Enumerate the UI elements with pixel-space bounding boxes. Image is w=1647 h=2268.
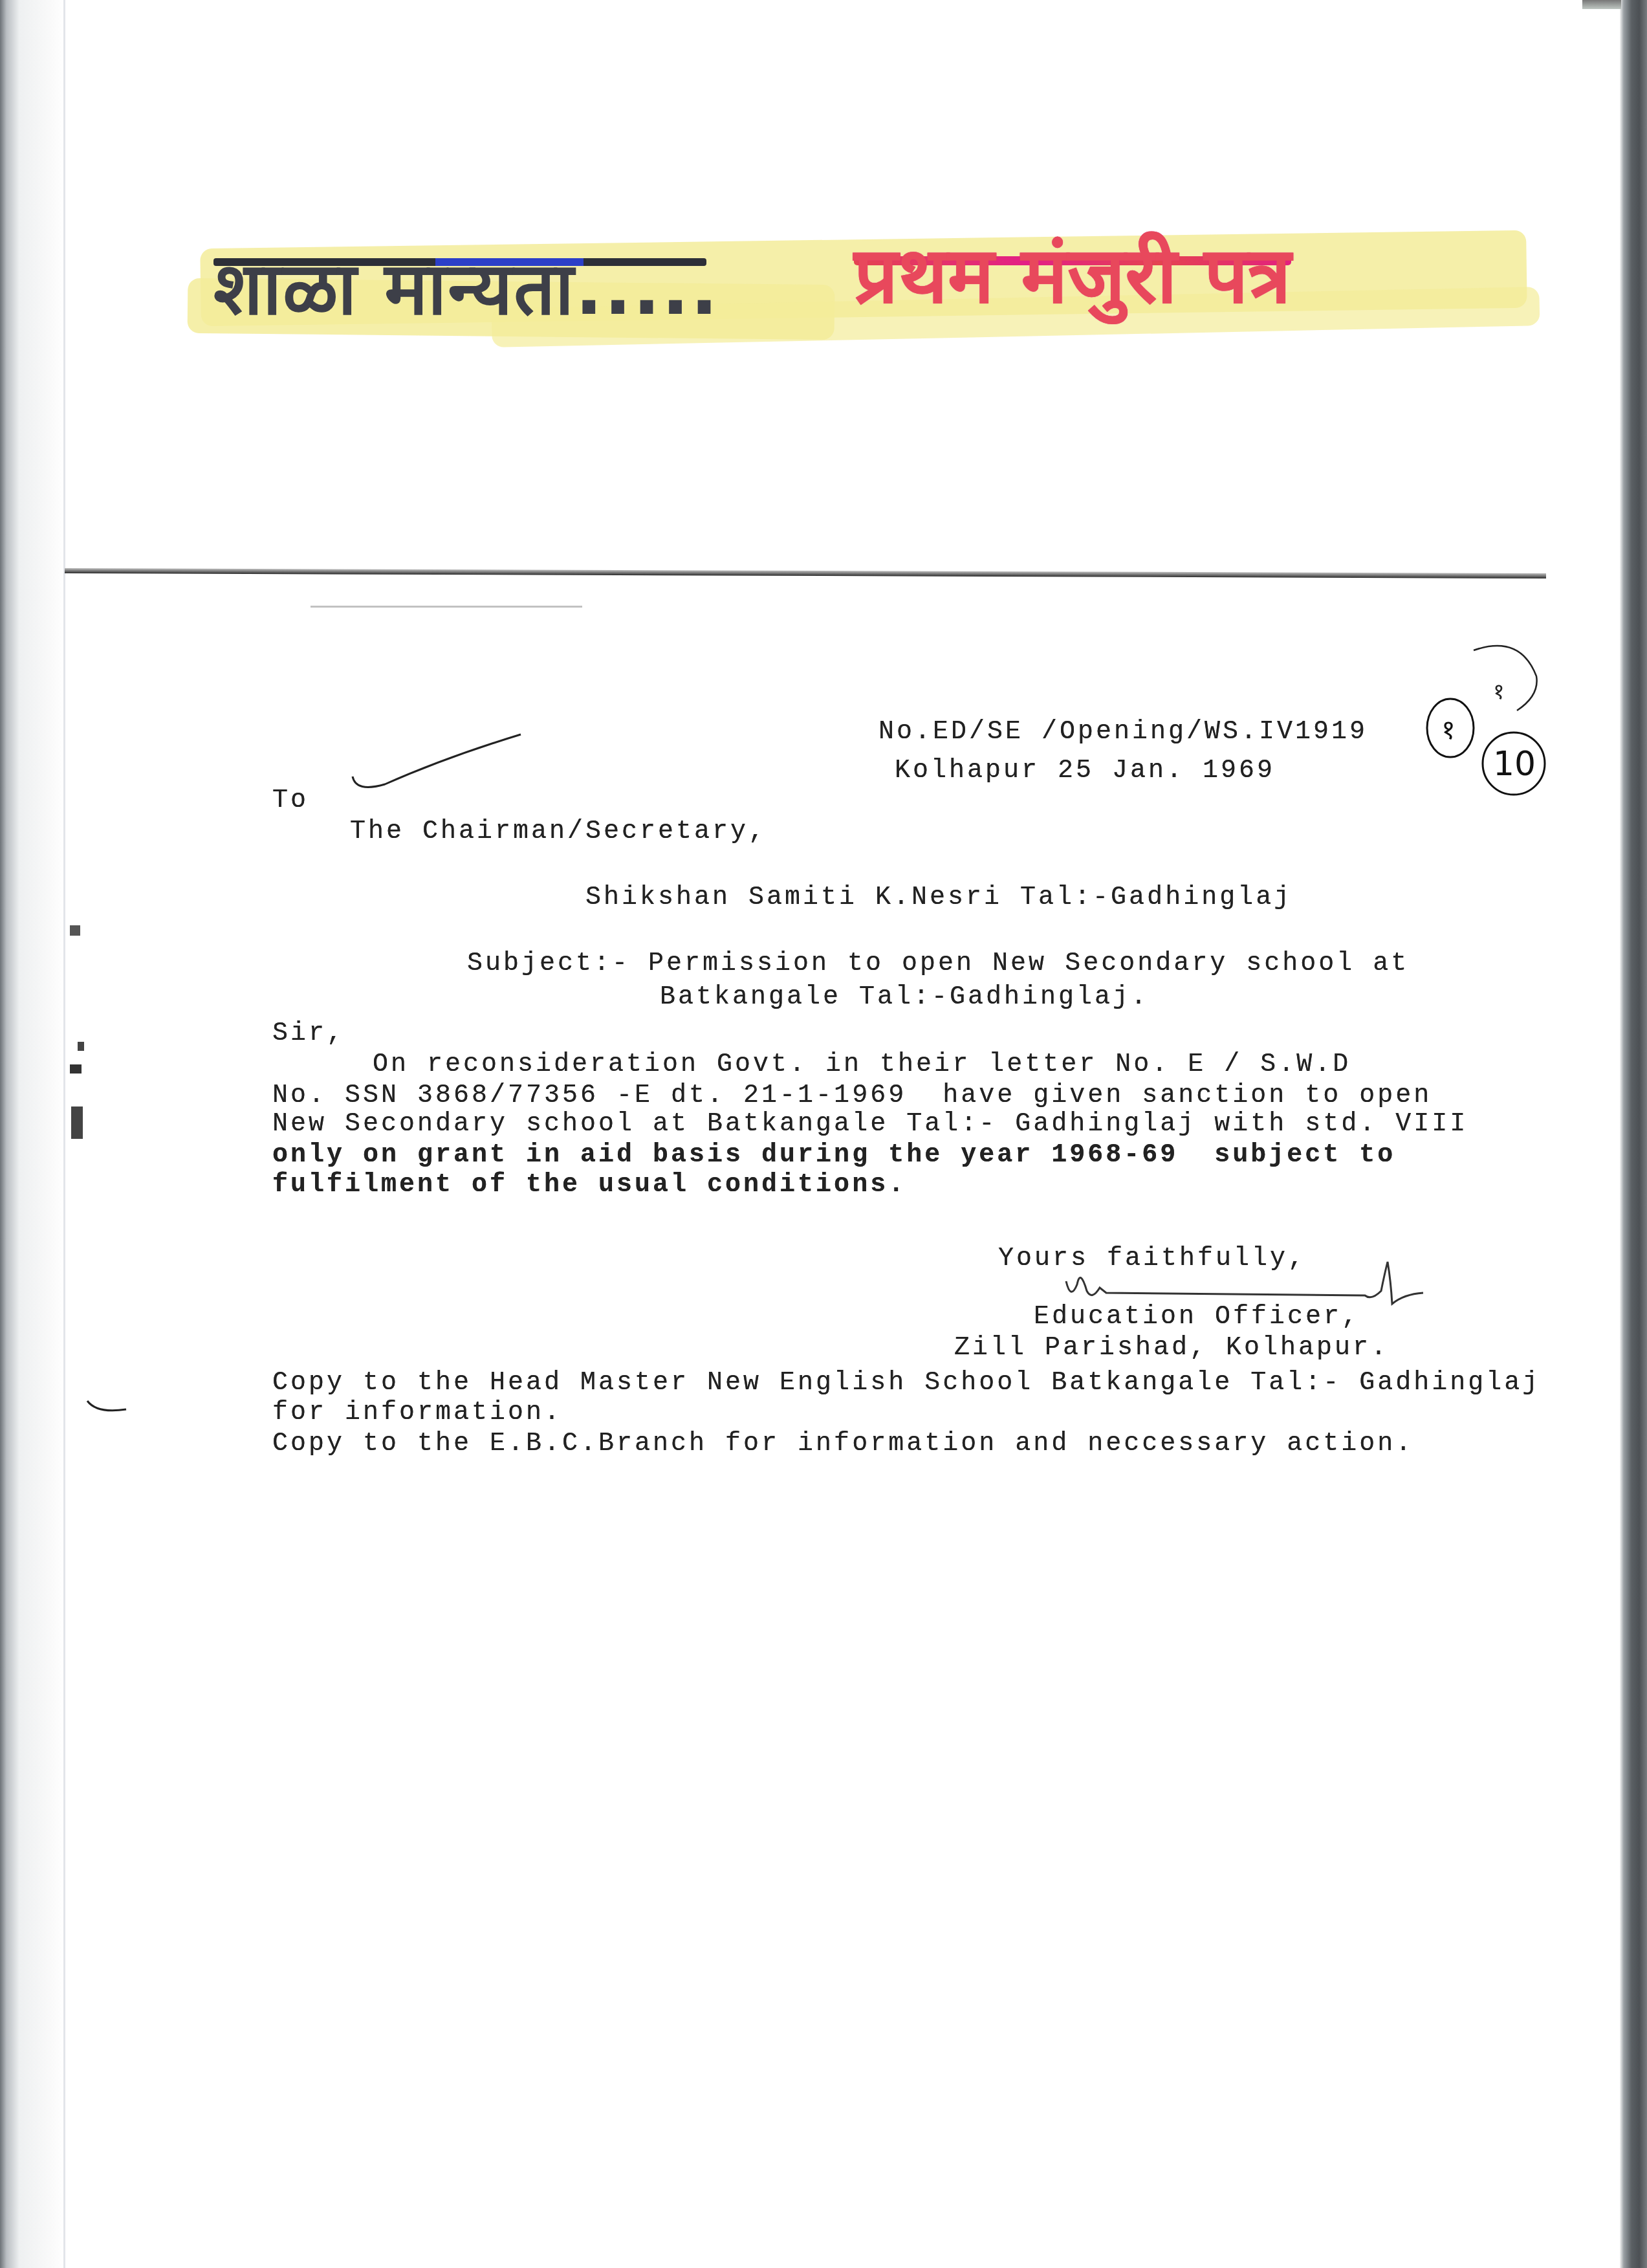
- heading-school-recognition: शाळा मान्यता.....: [213, 236, 719, 335]
- organization: Shikshan Samiti K.Nesri Tal:-Gadhinglaj: [585, 885, 1292, 911]
- scan-edge-right: [1620, 0, 1647, 2268]
- salutation: Sir,: [272, 1021, 345, 1047]
- scan-edge-corner: [1582, 0, 1621, 9]
- body-line: On reconsideration Govt. in their letter…: [373, 1052, 1351, 1078]
- subject-line-1: Subject:- Permission to open New Seconda…: [467, 951, 1409, 977]
- section-divider: [65, 568, 1546, 578]
- to-label: To: [272, 788, 309, 814]
- margin-pen-stroke: [84, 1398, 129, 1417]
- subject-line-2: Batkangale Tal:-Gadhinglaj.: [660, 985, 1149, 1011]
- body-line: No. SSN 3868/77356 -E dt. 21-1-1969 have…: [272, 1083, 1432, 1109]
- body-line: New Secondary school at Batkangale Tal:-…: [272, 1112, 1468, 1138]
- document-heading: शाळा मान्यता..... प्रथम मंजुरी पत्र: [188, 214, 1553, 362]
- addressee: The Chairman/Secretary,: [350, 819, 767, 845]
- reference-number: No.ED/SE /Opening/WS.IV1919: [878, 720, 1368, 745]
- scan-edge-left: [0, 0, 71, 2268]
- page-mark-2: १: [1441, 714, 1456, 745]
- heading-right-text: प्रथम मंजुरी पत्र: [854, 231, 1291, 321]
- body-line: fulfilment of the usual conditions.: [272, 1173, 906, 1198]
- margin-punch-specks: [65, 893, 104, 1424]
- page-number-marks: १ १ 10: [1423, 634, 1585, 796]
- body-line: only on grant in aid basis during the ye…: [272, 1143, 1395, 1169]
- faint-rule: [311, 606, 582, 608]
- place-date: Kolhapur 25 Jan. 1969: [895, 758, 1275, 784]
- heading-first-approval-letter: प्रथम मंजुरी पत्र: [854, 220, 1291, 325]
- office: Zill Parishad, Kolhapur.: [954, 1336, 1389, 1361]
- page-mark-3: 10: [1493, 745, 1536, 784]
- heading-left-text: शाळा मान्यता.....: [213, 247, 719, 331]
- copy-to-line: Copy to the Head Master New English Scho…: [272, 1371, 1540, 1396]
- pen-tick-mark: [349, 731, 524, 796]
- copy-to-line: for information.: [272, 1400, 562, 1426]
- page-mark-1: १: [1493, 679, 1505, 705]
- copy-to-line: Copy to the E.B.C.Branch for information…: [272, 1431, 1413, 1457]
- designation: Education Officer,: [1034, 1305, 1360, 1330]
